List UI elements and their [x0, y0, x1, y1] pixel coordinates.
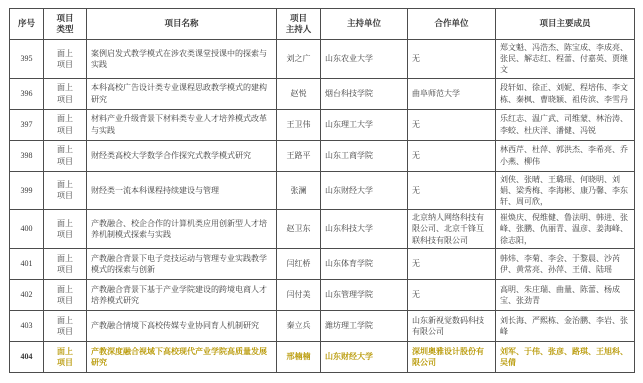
table-row: 398面上项目财经类高校大学数学合作探究式教学模式研究王路平山东工商学院无林西芹…	[10, 140, 635, 171]
cell-members: 高明、朱庄瑞、曲量、陈蕾、杨成宝、张劲青	[496, 279, 635, 310]
cell-type: 面上项目	[44, 78, 87, 109]
cell-members: 韩炜、李菊、李会、于黎晨、沙芮伊、黄常亮、孙萍、王倩、陆瑶	[496, 248, 635, 279]
cell-members: 乐红志、温广武、司维蒙、林治涛、李蛟、杜庆洋、潘健、冯锐	[496, 109, 635, 140]
header-leader: 项目 主持人	[277, 9, 321, 40]
header-name: 项目名称	[87, 9, 277, 40]
table-header: 序号 项目 类型 项目名称 项目 主持人 主持单位 合作单位 项目主要成员	[10, 9, 635, 40]
cell-serial: 401	[10, 248, 44, 279]
cell-partner: 无	[408, 248, 496, 279]
cell-host: 山东理工大学	[321, 109, 408, 140]
cell-serial: 400	[10, 210, 44, 249]
cell-host: 山东管理学院	[321, 279, 408, 310]
cell-host: 山东科技大学	[321, 210, 408, 249]
cell-name: 产教融合情境下高校传媒专业协同育人机制研究	[87, 310, 277, 341]
cell-partner: 无	[408, 40, 496, 79]
cell-leader: 赵悦	[277, 78, 321, 109]
cell-leader: 邢楠楠	[277, 341, 321, 372]
cell-type: 面上项目	[44, 248, 87, 279]
cell-partner: 山东新视觉数码科技有限公司	[408, 310, 496, 341]
cell-leader: 闫红桥	[277, 248, 321, 279]
cell-serial: 397	[10, 109, 44, 140]
cell-name: 本科高校广告设计类专业课程思政教学模式的建构研究	[87, 78, 277, 109]
cell-members: 刘长海、严熙栋、金治鹏、李岩、张峰	[496, 310, 635, 341]
table-row: 396面上项目本科高校广告设计类专业课程思政教学模式的建构研究赵悦烟台科技学院曲…	[10, 78, 635, 109]
cell-type: 面上项目	[44, 171, 87, 210]
cell-leader: 王路平	[277, 140, 321, 171]
cell-serial: 399	[10, 171, 44, 210]
cell-name: 财经类高校大学数学合作探究式教学模式研究	[87, 140, 277, 171]
table-row: 399面上项目财经类一流本科课程持续建设与管理张澜山东财经大学无刘侠、张晴、王璐…	[10, 171, 635, 210]
cell-partner: 深圳奥雅设计股份有限公司	[408, 341, 496, 372]
cell-name: 产教融合背景下电子竞技运动与管理专业实践教学模式的探索与创新	[87, 248, 277, 279]
table-row: 404面上项目产教深度融合视域下高校现代产业学院高质量发展研究邢楠楠山东财经大学…	[10, 341, 635, 372]
table-row: 403面上项目产教融合情境下高校传媒专业协同育人机制研究秦立兵潍坊理工学院山东新…	[10, 310, 635, 341]
cell-type: 面上项目	[44, 341, 87, 372]
cell-serial: 402	[10, 279, 44, 310]
header-host: 主持单位	[321, 9, 408, 40]
cell-serial: 395	[10, 40, 44, 79]
cell-host: 山东农业大学	[321, 40, 408, 79]
cell-partner: 北京纳人网络科技有限公司、北京千锋互联科技有限公司	[408, 210, 496, 249]
table-row: 400面上项目产教融合、校企合作的计算机类应用创新型人才培养机制模式探索与实践赵…	[10, 210, 635, 249]
header-partner: 合作单位	[408, 9, 496, 40]
cell-partner: 无	[408, 171, 496, 210]
cell-members: 刘侠、张晴、王璐瑶、何晓明、刘娟、梁秀梅、李海彬、康乃馨、李东轩、周可欣，	[496, 171, 635, 210]
cell-type: 面上项目	[44, 140, 87, 171]
header-row: 序号 项目 类型 项目名称 项目 主持人 主持单位 合作单位 项目主要成员	[10, 9, 635, 40]
cell-host: 山东体育学院	[321, 248, 408, 279]
cell-type: 面上项目	[44, 279, 87, 310]
cell-members: 崔焕庆、倪维健、鲁法明、韩进、张峰、张鹏、仇丽青、温彦、姜海峰、徐志阳，	[496, 210, 635, 249]
cell-leader: 赵卫东	[277, 210, 321, 249]
table-body: 395面上项目案例启发式教学模式在涉农类课堂授课中的探索与实践刘之广山东农业大学…	[10, 40, 635, 373]
projects-table: 序号 项目 类型 项目名称 项目 主持人 主持单位 合作单位 项目主要成员 39…	[9, 8, 635, 373]
cell-members: 郑文魁、冯浩杰、陈宝成、李成亮、张民、解志红、程蕾、付嘉英、贾继文	[496, 40, 635, 79]
header-members: 项目主要成员	[496, 9, 635, 40]
header-type: 项目 类型	[44, 9, 87, 40]
cell-name: 财经类一流本科课程持续建设与管理	[87, 171, 277, 210]
cell-partner: 无	[408, 109, 496, 140]
cell-leader: 张澜	[277, 171, 321, 210]
page: 序号 项目 类型 项目名称 项目 主持人 主持单位 合作单位 项目主要成员 39…	[0, 0, 643, 381]
cell-partner: 曲阜师范大学	[408, 78, 496, 109]
cell-type: 面上项目	[44, 109, 87, 140]
cell-leader: 闫付美	[277, 279, 321, 310]
cell-leader: 刘之广	[277, 40, 321, 79]
cell-name: 产教融合背景下基于产业学院建设的跨境电商人才培养模式研究	[87, 279, 277, 310]
cell-serial: 404	[10, 341, 44, 372]
cell-type: 面上项目	[44, 40, 87, 79]
cell-partner: 无	[408, 140, 496, 171]
cell-partner: 无	[408, 279, 496, 310]
cell-name: 产教深度融合视域下高校现代产业学院高质量发展研究	[87, 341, 277, 372]
cell-host: 山东工商学院	[321, 140, 408, 171]
cell-host: 山东财经大学	[321, 341, 408, 372]
table-row: 401面上项目产教融合背景下电子竞技运动与管理专业实践教学模式的探索与创新闫红桥…	[10, 248, 635, 279]
cell-host: 潍坊理工学院	[321, 310, 408, 341]
cell-leader: 秦立兵	[277, 310, 321, 341]
cell-type: 面上项目	[44, 310, 87, 341]
header-serial: 序号	[10, 9, 44, 40]
cell-host: 山东财经大学	[321, 171, 408, 210]
table-row: 402面上项目产教融合背景下基于产业学院建设的跨境电商人才培养模式研究闫付美山东…	[10, 279, 635, 310]
cell-members: 段轩如、徐正、刘妮、程培伟、李文栋、秦枫、曹晓颖、祖传滨、李雪丹	[496, 78, 635, 109]
cell-members: 刘军、于伟、张彦、路琪、王旭科、吴倩	[496, 341, 635, 372]
cell-serial: 398	[10, 140, 44, 171]
table-row: 395面上项目案例启发式教学模式在涉农类课堂授课中的探索与实践刘之广山东农业大学…	[10, 40, 635, 79]
cell-name: 案例启发式教学模式在涉农类课堂授课中的探索与实践	[87, 40, 277, 79]
table-row: 397面上项目材料产业升级背景下材料类专业人才培养模式改革与实践王卫伟山东理工大…	[10, 109, 635, 140]
cell-name: 产教融合、校企合作的计算机类应用创新型人才培养机制模式探索与实践	[87, 210, 277, 249]
cell-type: 面上项目	[44, 210, 87, 249]
cell-leader: 王卫伟	[277, 109, 321, 140]
cell-name: 材料产业升级背景下材料类专业人才培养模式改革与实践	[87, 109, 277, 140]
cell-serial: 396	[10, 78, 44, 109]
cell-host: 烟台科技学院	[321, 78, 408, 109]
cell-members: 林西芹、杜萍、郭洪杰、李希亮、乔小燕、柳伟	[496, 140, 635, 171]
cell-serial: 403	[10, 310, 44, 341]
